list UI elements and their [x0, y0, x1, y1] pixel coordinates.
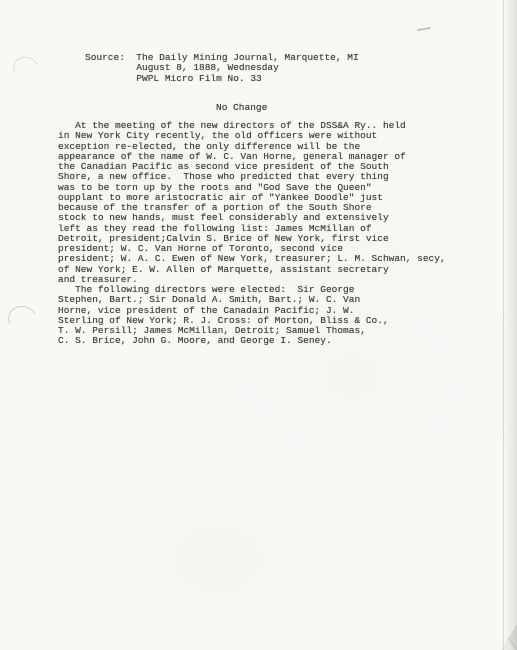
- text-line: August 8, 1888, Wednesday: [85, 63, 359, 73]
- text-line: stock to new hands, must feel considerab…: [58, 213, 446, 223]
- text-line: in New York City recently, the old offic…: [58, 131, 446, 141]
- hole-punch-mark-top: [10, 54, 42, 83]
- article-heading: No Change: [216, 103, 267, 113]
- text-line: PWPL Micro Film No. 33: [85, 74, 359, 84]
- hole-punch-mark-middle: [5, 302, 41, 336]
- article-paragraph-1: At the meeting of the new directors of t…: [58, 121, 446, 285]
- article-paragraph-2: The following directors were elected: Si…: [58, 285, 389, 347]
- scanned-document-page: Source: The Daily Mining Journal, Marque…: [0, 0, 517, 650]
- page-corner-fold: [501, 624, 517, 650]
- source-citation: Source: The Daily Mining Journal, Marque…: [85, 53, 359, 84]
- page-right-edge-shadow: [503, 0, 517, 650]
- text-line: C. S. Brice, John G. Moore, and George I…: [58, 336, 389, 346]
- text-line: Stephen, Bart.; Sir Donald A. Smith, Bar…: [58, 295, 389, 305]
- pencil-mark: [417, 27, 431, 31]
- text-line: president; W. A. C. Ewen of New York, tr…: [58, 254, 446, 264]
- text-line: Shore, a new office. Those who predicted…: [58, 172, 446, 182]
